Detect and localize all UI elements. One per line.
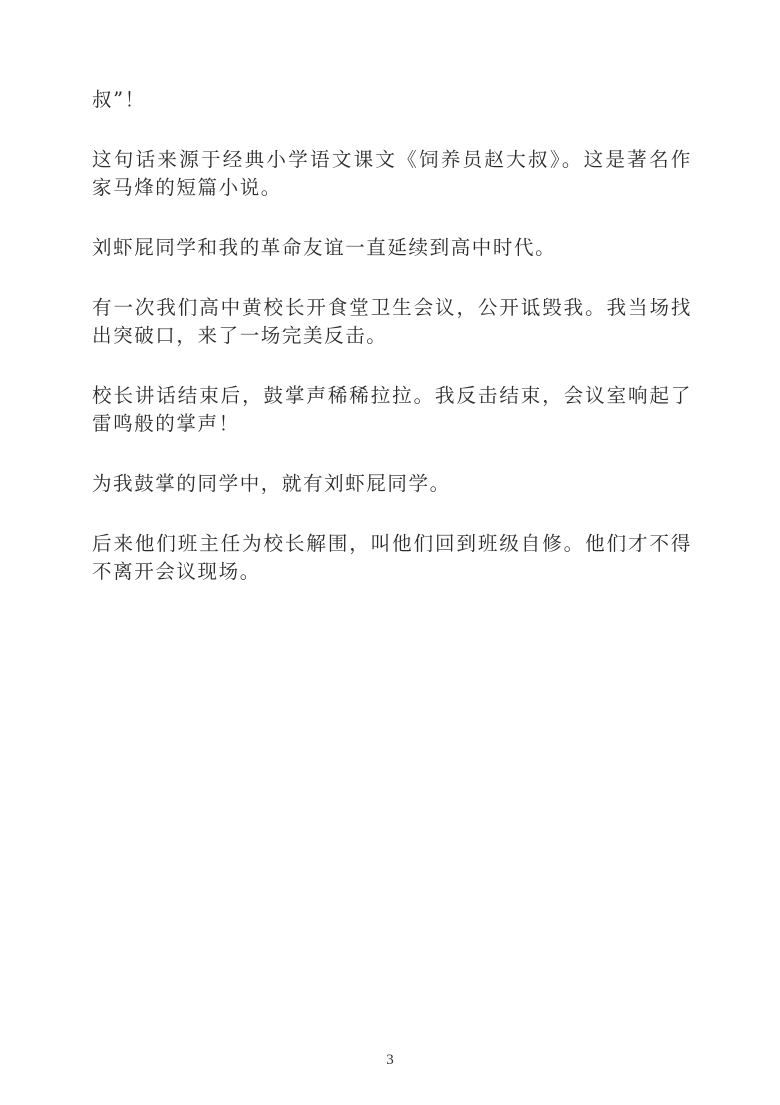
page-number: 3 [0, 1052, 780, 1069]
paragraph-3: 刘虾屁同学和我的革命友谊一直延续到高中时代。 [92, 234, 692, 262]
paragraph-4: 有一次我们高中黄校长开食堂卫生会议，公开诋毁我。我当场找出突破口，来了一场完美反… [92, 294, 692, 350]
paragraph-7: 后来他们班主任为校长解围，叫他们回到班级自修。他们才不得不离开会议现场。 [92, 530, 692, 586]
page-body: 叔”！ 这句话来源于经典小学语文课文《饲养员赵大叔》。这是著名作家马烽的短篇小说… [92, 86, 692, 618]
paragraph-1: 叔”！ [92, 86, 692, 114]
paragraph-2: 这句话来源于经典小学语文课文《饲养员赵大叔》。这是著名作家马烽的短篇小说。 [92, 146, 692, 202]
paragraph-6: 为我鼓掌的同学中，就有刘虾屁同学。 [92, 470, 692, 498]
paragraph-5: 校长讲话结束后，鼓掌声稀稀拉拉。我反击结束，会议室响起了雷鸣般的掌声！ [92, 382, 692, 438]
document-page: 叔”！ 这句话来源于经典小学语文课文《饲养员赵大叔》。这是著名作家马烽的短篇小说… [0, 0, 780, 1105]
